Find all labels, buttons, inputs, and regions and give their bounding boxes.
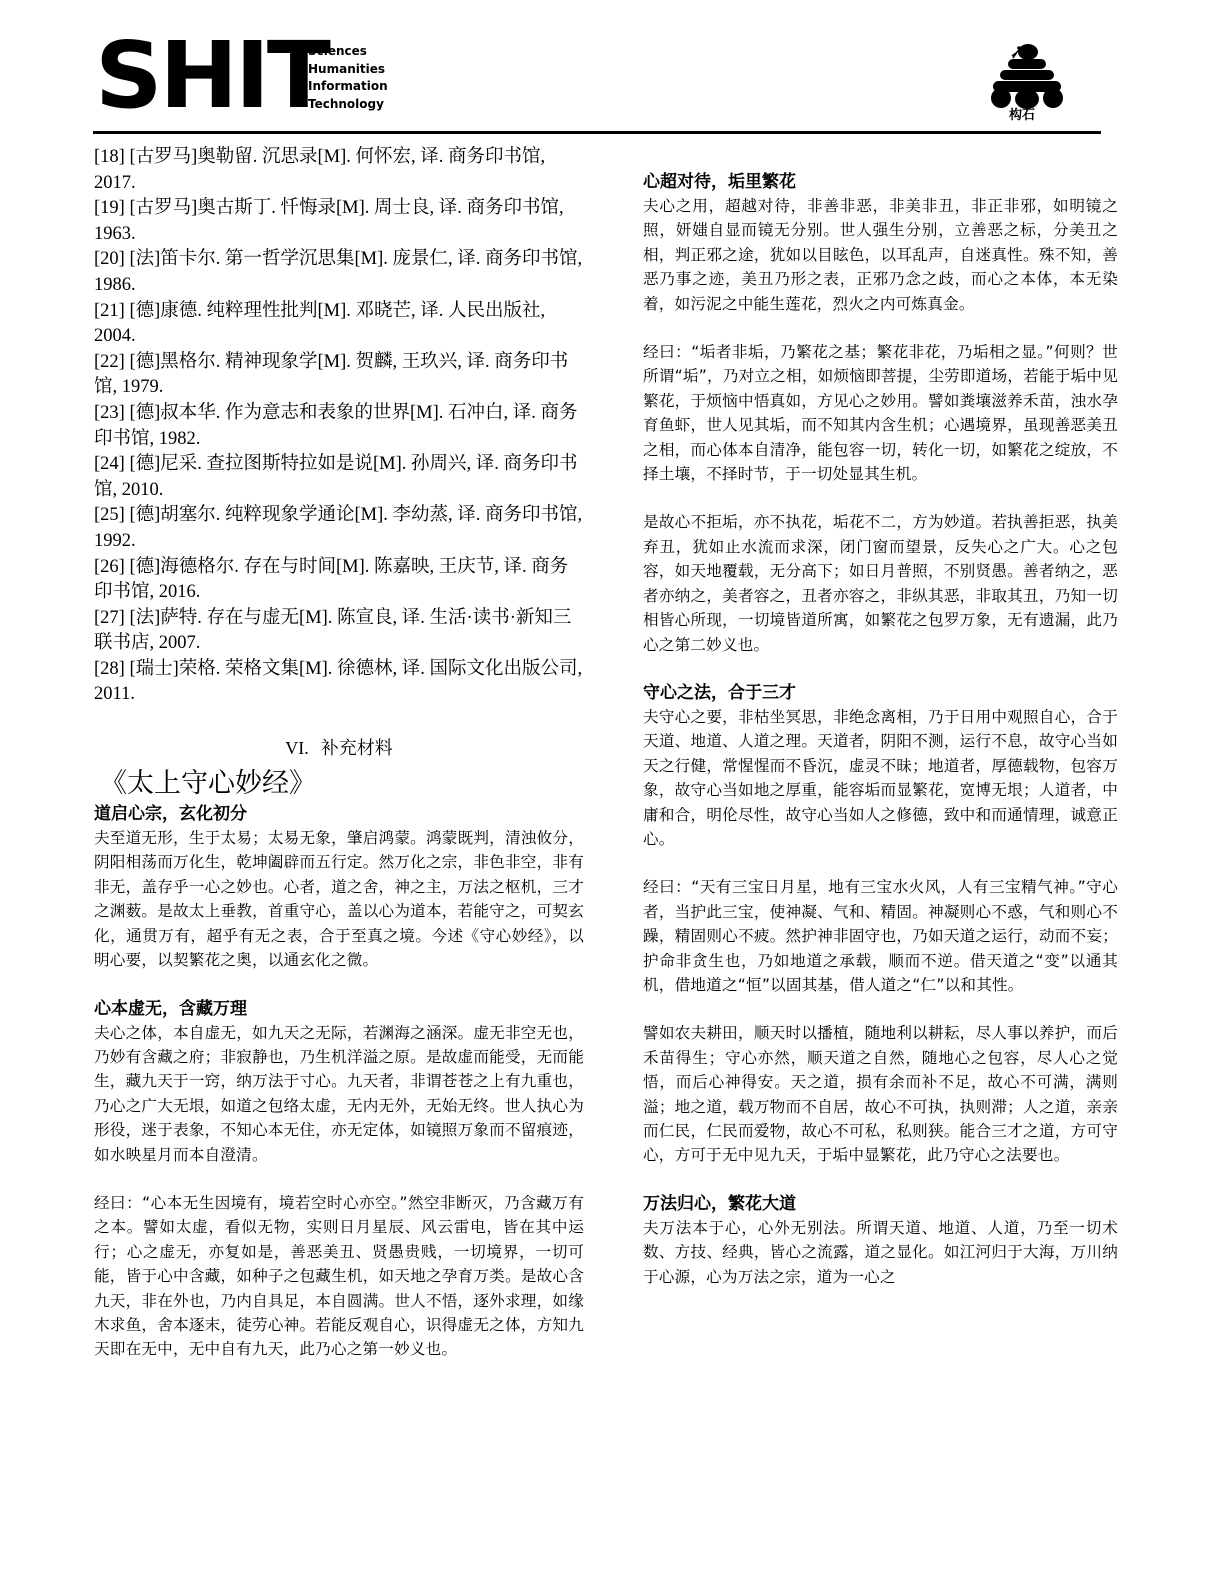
reference-item: [20] [法]笛卡尔. 第一哲学沉思集[M]. 庞景仁, 译. 商务印书馆, … — [94, 247, 584, 298]
section-heading: VI.补充材料 — [94, 736, 584, 760]
chapter-paragraph: 夫守心之要，非枯坐冥思，非绝念离相，乃于日用中观照自心，合于天道、地道、人道之理… — [643, 705, 1118, 851]
reference-item: [26] [德]海德格尔. 存在与时间[M]. 陈嘉映, 王庆节, 译. 商务印… — [94, 555, 584, 606]
document-title: 《太上守心妙经》 — [100, 768, 584, 800]
chapter-paragraph: 譬如农夫耕田，顺天时以播植，随地利以耕耘，尽人事以养护，而后禾苗得生；守心亦然，… — [643, 1021, 1118, 1167]
logo-sub-line: Humanities — [308, 61, 388, 79]
logo-subtitle: Sciences Humanities Information Technolo… — [308, 43, 388, 113]
reference-list: [18] [古罗马]奥勒留. 沉思录[M]. 何怀宏, 译. 商务印书馆, 20… — [94, 145, 584, 708]
logo-sub-line: Sciences — [308, 43, 388, 61]
logo-sub-line: Technology — [308, 96, 388, 114]
reference-item: [28] [瑞士]荣格. 荣格文集[M]. 徐德林, 译. 国际文化出版公司, … — [94, 657, 584, 708]
chapter-paragraph: 夫万法本于心，心外无别法。所谓天道、地道、人道，乃至一切术数、方技、经典，皆心之… — [643, 1216, 1118, 1289]
emblem-label: 构石 — [1009, 104, 1035, 123]
reference-item: [19] [古罗马]奥古斯丁. 忏悔录[M]. 周士良, 译. 商务印书馆, 1… — [94, 196, 584, 247]
reference-item: [24] [德]尼采. 查拉图斯特拉如是说[M]. 孙周兴, 译. 商务印书馆,… — [94, 452, 584, 503]
chapter-paragraph: 经曰：“心本无生因境有，境若空时心亦空。”然空非断灭，乃含藏万有之本。譬如太虚，… — [94, 1191, 584, 1362]
reference-item: [22] [德]黑格尔. 精神现象学[M]. 贺麟, 王玖兴, 译. 商务印书馆… — [94, 350, 584, 401]
chapter-paragraph: 经曰：“天有三宝日月星，地有三宝水火风，人有三宝精气神。”守心者，当护此三宝，使… — [643, 875, 1118, 997]
logo-sub-line: Information — [308, 78, 388, 96]
page-header: SHIT Sciences Humanities Information Tec… — [93, 38, 1101, 134]
header-divider — [93, 131, 1101, 134]
reference-item: [25] [德]胡塞尔. 纯粹现象学通论[M]. 李幼蒸, 译. 商务印书馆, … — [94, 503, 584, 554]
reference-item: [23] [德]叔本华. 作为意志和表象的世界[M]. 石冲白, 译. 商务印书… — [94, 401, 584, 452]
chapter-heading: 心超对待，垢里繁花 — [643, 170, 1118, 194]
section-title: 补充材料 — [321, 738, 393, 758]
chapter-heading: 守心之法，合于三才 — [643, 681, 1118, 705]
chapter-heading: 心本虚无，含藏万理 — [94, 997, 584, 1021]
chapter-heading: 道启心宗，玄化初分 — [94, 802, 584, 826]
left-column: [18] [古罗马]奥勒留. 沉思录[M]. 何怀宏, 译. 商务印书馆, 20… — [94, 145, 584, 1362]
chapter-paragraph: 夫至道无形，生于太易；太易无象，肇启鸿蒙。鸿蒙既判，清浊攸分，阴阳相荡而万化生，… — [94, 826, 584, 972]
logo-wordmark: SHIT — [95, 36, 328, 116]
chapter-heading: 万法归心，繁花大道 — [643, 1192, 1118, 1216]
chapter-paragraph: 夫心之用，超越对待，非善非恶，非美非丑，非正非邪，如明镜之照，妍媸自显而镜无分别… — [643, 194, 1118, 316]
chapter-paragraph: 经曰：“垢者非垢，乃繁花之基；繁花非花，乃垢相之显。”何则？世所谓“垢”，乃对立… — [643, 340, 1118, 486]
right-column: 心超对待，垢里繁花 夫心之用，超越对待，非善非恶，非美非丑，非正非邪，如明镜之照… — [643, 170, 1118, 1289]
reference-item: [21] [德]康德. 纯粹理性批判[M]. 邓晓芒, 译. 人民出版社, 20… — [94, 299, 584, 350]
reference-item: [18] [古罗马]奥勒留. 沉思录[M]. 何怀宏, 译. 商务印书馆, 20… — [94, 145, 584, 196]
chapter-paragraph: 夫心之体，本自虚无，如九天之无际，若渊海之涵深。虚无非空无也，乃妙有含藏之府；非… — [94, 1021, 584, 1167]
reference-item: [27] [法]萨特. 存在与虚无[M]. 陈宣良, 译. 生活·读书·新知三联… — [94, 606, 584, 657]
chapter-paragraph: 是故心不拒垢，亦不执花，垢花不二，方为妙道。若执善拒恶，执美弃丑，犹如止水流而求… — [643, 510, 1118, 656]
section-number: VI. — [285, 738, 309, 758]
